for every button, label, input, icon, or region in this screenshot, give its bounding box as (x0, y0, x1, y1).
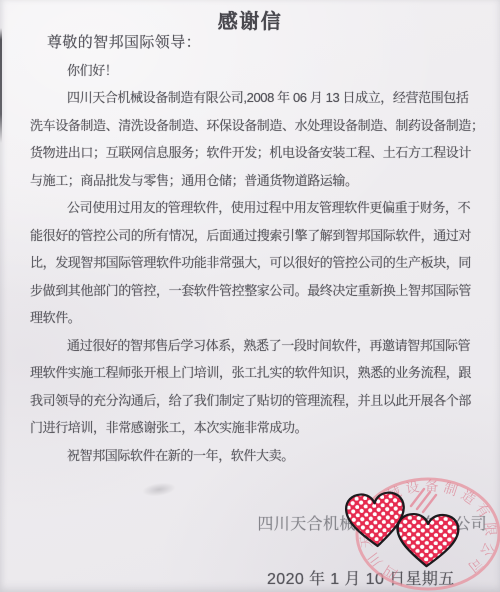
letter-line: 门进行培训，非常感谢张工，本次实施非常成功。 (30, 414, 486, 442)
letter-line: 洗车设备制造、清洗设备制造、环保设备制造、水处理设备制造、制药设备制造； (30, 112, 486, 140)
heart-icon (345, 492, 406, 548)
letter-line: 四川天合机械设备制造有限公司,2008 年 06 月 13 日成立，经营范围包括 (30, 84, 486, 112)
letter-line: 理软件实施工程师张开根上门培训，张工扎实的软件知识，熟悉的业务流程，跟 (30, 359, 486, 387)
scan-edge-artifact (0, 28, 2, 143)
letter-line: 比，发现智邦国际管理软件功能非常强大，可以很好的管控公司的生产板块，同 (30, 249, 486, 277)
letter-line: 公司使用过用友的管理软件，使用过程中用友管理软件更偏重于财务，不 (30, 194, 486, 222)
letter-line: 能很好的管控公司的所有情况，后面通过搜索引擎了解到智邦国际软件，通过对 (30, 222, 486, 250)
letter-line: 我司领导的充分沟通后，给了我们制定了贴切的管理流程，并且以此开展各个部 (30, 387, 486, 415)
seal-and-hearts-overlay: 四川天合机械设备制造有限公司 (320, 460, 500, 592)
scanned-letter-page: 感谢信 尊敬的智邦国际领导： 你们好！ 四川天合机械设备制造有限公司,2008 … (0, 0, 500, 592)
letter-body: 尊敬的智邦国际领导： 你们好！ 四川天合机械设备制造有限公司,2008 年 06… (30, 29, 486, 469)
letter-line: 与施工；商品批发与零售；通用仓储；普通货物道路运输。 (30, 167, 486, 195)
heart-icon (396, 514, 459, 568)
letter-line: 你们好！ (30, 57, 486, 85)
letter-line: 货物进出口；互联网信息服务；软件开发；机电设备安装工程、土石方工程设计 (30, 139, 486, 167)
letter-line: 理软件。 (30, 304, 486, 332)
scan-smudge (141, 481, 176, 499)
letter-line: 通过很好的智邦售后学习体系，熟悉了一段时间软件，再邀请智邦国际管 (30, 332, 486, 360)
letter-salutation: 尊敬的智邦国际领导： (30, 29, 486, 57)
letter-line: 步做到其他部门的管控，一套软件管控整家公司。最终决定重新换上智邦国际管 (30, 277, 486, 305)
